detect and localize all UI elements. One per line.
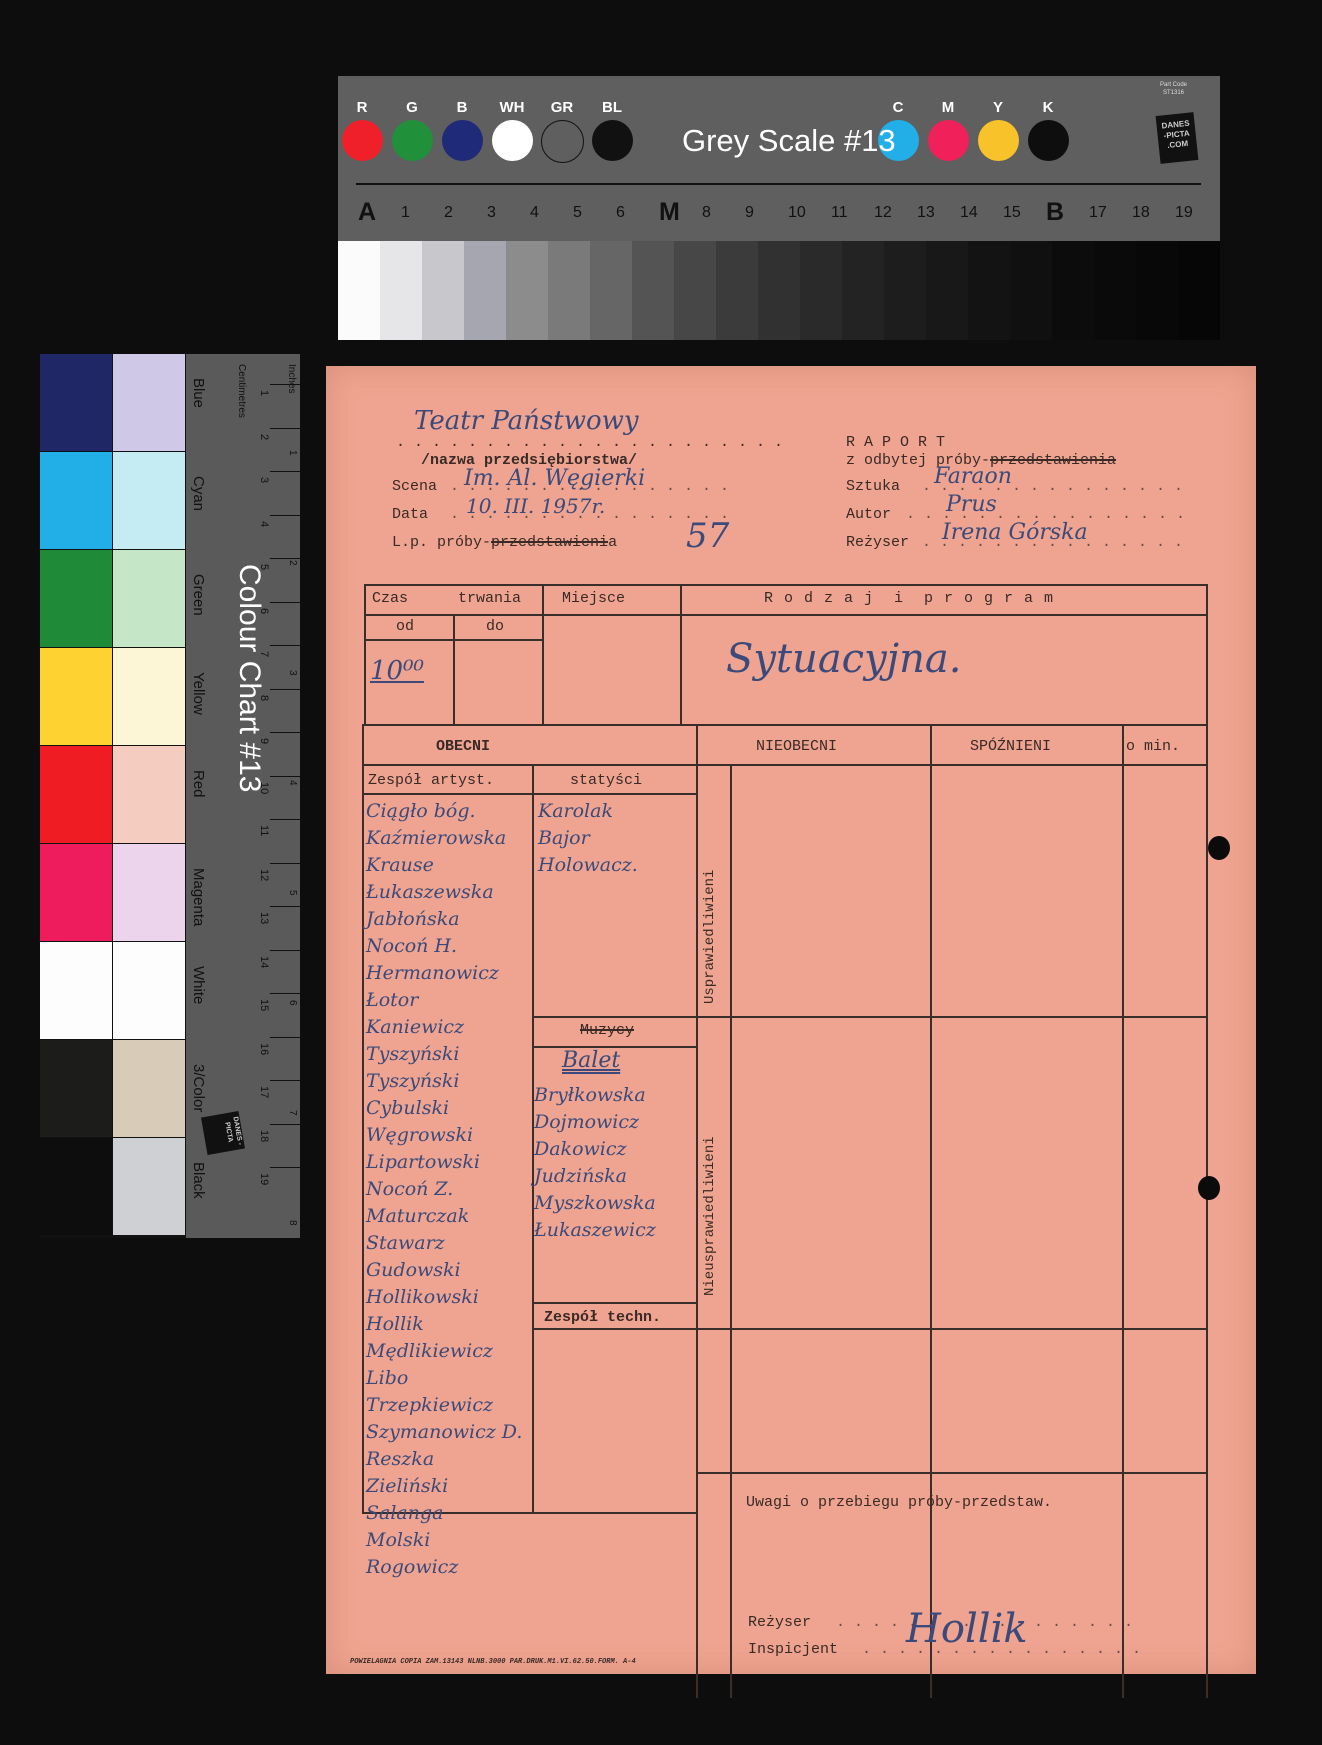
statysci-list: KarolakBajorHolowacz. [538,798,638,879]
list-item: Maturczak [366,1203,522,1230]
od-value: 10⁰⁰ [370,656,424,686]
list-item: Karolak [538,798,638,825]
autor-value: Prus [946,492,997,517]
list-item: Cybulski [366,1095,522,1122]
colour-label: Blue [190,378,207,408]
miejsce-header: Miejsce [562,590,625,607]
lp-label: L.p. próby-przedstawienia [392,534,617,551]
list-item: Trzepkiewicz [366,1392,522,1419]
colour-label: Red [190,770,207,798]
data-value: 10. III. 1957r. [466,494,605,518]
list-item: Judzińska [534,1163,656,1190]
colour-label: Black [190,1162,207,1199]
punch-hole [1208,836,1230,860]
list-item: Holowacz. [538,852,638,879]
list-item: Jabłońska [366,906,522,933]
colour-row-red [40,746,186,844]
list-item: Mędlikiewicz [366,1338,522,1365]
muzycy-header: Muzycy [580,1022,634,1039]
list-item: Tyszyński [366,1041,522,1068]
colour-row-green [40,550,186,648]
footer-print: POWIELAGNIA COPIA ZAM.13143 NLNB.3000 PA… [350,1658,636,1666]
grey-scale-card: RGBWHGRBLCMYK Grey Scale #13 Part Code S… [338,76,1220,241]
colour-label: Cyan [190,476,207,511]
zespol-artyst-header: Zespół artyst. [368,772,494,789]
list-item: Kaźmierowska [366,825,522,852]
program-value: Sytuacyjna. [726,636,961,682]
list-item: Nocoń H. [366,933,522,960]
list-item: Reszka [366,1446,522,1473]
colour-row-cyan [40,452,186,550]
obecni-header: OBECNI [436,738,490,755]
list-item: Krause [366,852,522,879]
list-item: Szymanowicz D. [366,1419,522,1446]
o-min-header: o min. [1126,738,1180,755]
colour-row-white [40,942,186,1040]
list-item: Myszkowska [534,1190,656,1217]
colour-row-yellow [40,648,186,746]
colour-row-black [40,1138,186,1236]
list-item: Węgrowski [366,1122,522,1149]
divider [356,183,1201,185]
list-item: Dakowicz [534,1136,656,1163]
sztuka-label: Sztuka [846,478,900,495]
swatch-r: R [340,98,384,161]
list-item: Zieliński [366,1473,522,1500]
colour-row-blue [40,354,186,452]
rehearsal-report-form: Teatr Państwowy . . . . . . . . . . . . … [326,366,1256,1674]
do-header: do [486,618,504,635]
rezyser-value: Irena Górska [942,520,1088,545]
grey-scale-title: Grey Scale #13 [682,123,896,159]
list-item: Kaniewicz [366,1014,522,1041]
grey-scale-labels: A123456M89101112131415B171819 [353,198,1213,228]
signature-rezyser-label: Reżyser [748,1614,811,1631]
scena-value: Im. Al. Węgierki [464,466,645,491]
list-item: Nocoń Z. [366,1176,522,1203]
program-header: R o d z a j i p r o g r a m [764,590,1054,607]
list-item: Rogowicz [366,1554,522,1581]
colour-chart-swatches [40,354,186,1238]
rezyser-label: Reżyser [846,534,909,551]
list-item: Lipartowski [366,1149,522,1176]
list-item: Bryłkowska [534,1082,656,1109]
data-label: Data [392,506,428,523]
colour-label: Green [190,574,207,616]
autor-label: Autor [846,506,891,523]
list-item: Łotor [366,987,522,1014]
colour-label: Magenta [190,868,207,926]
punch-hole [1198,1176,1220,1200]
list-item: Salanga [366,1500,522,1527]
colour-chart-title: Colour Chart #13 [234,564,264,964]
zespol-techn-header: Zespół techn. [544,1309,661,1326]
trwania-header: trwania [458,590,521,607]
swatch-bl: BL [590,98,634,161]
swatch-y: Y [976,98,1020,161]
balet-header: Balet [562,1048,620,1073]
colour-chart-ruler: Colour Chart #13 Centimetres Inches DANE… [186,354,300,1238]
nieusprawiedliwieni-label: Nieusprawiedliwieni [702,1056,718,1296]
list-item: Dojmowicz [534,1109,656,1136]
list-item: Hollik [366,1311,522,1338]
lp-value: 57 [686,516,729,556]
danes-picta-logo: DANES-PICTA.COM [1156,112,1199,164]
colour-label: White [190,966,207,1004]
swatch-m: M [926,98,970,161]
company-value: Teatr Państwowy [414,406,639,436]
grey-scale-strip [338,241,1220,340]
list-item: Libo [366,1365,522,1392]
cm-unit-label: Centimetres [236,364,247,418]
od-header: od [396,618,414,635]
list-item: Hermanowicz [366,960,522,987]
list-item: Hollikowski [366,1284,522,1311]
inch-unit-label: Inches [286,364,297,393]
signature-inspicjent-label: Inspicjent [748,1641,838,1658]
scena-label: Scena [392,478,437,495]
artists-list: Ciągło bóg.KaźmierowskaKrauseŁukaszewska… [366,798,522,1581]
signature: Hollik [906,1606,1028,1652]
swatch-k: K [1026,98,1070,161]
list-item: Łukaszewska [366,879,522,906]
sztuka-value: Faraon [934,464,1012,489]
list-item: Łukaszewicz [534,1217,656,1244]
swatch-wh: WH [490,98,534,161]
colour-row-3-color [40,1040,186,1138]
usprawiedliwieni-label: Usprawiedliwieni [702,804,718,1004]
colour-label: 3/Color [190,1064,207,1112]
nieobecni-header: NIEOBECNI [756,738,837,755]
remarks-label: Uwagi o przebiegu próby-przedstaw. [746,1494,1052,1511]
list-item: Bajor [538,825,638,852]
spoznieni-header: SPÓŹNIENI [970,738,1051,755]
swatch-b: B [440,98,484,161]
list-item: Molski [366,1527,522,1554]
list-item: Ciągło bóg. [366,798,522,825]
list-item: Stawarz [366,1230,522,1257]
swatch-g: G [390,98,434,161]
report-title: R A P O R T [846,434,945,451]
list-item: Gudowski [366,1257,522,1284]
danes-picta-logo: DANES -PICTA [201,1111,245,1155]
balet-list: BryłkowskaDojmowiczDakowiczJudzińskaMysz… [534,1082,656,1244]
colour-label: Yellow [190,672,207,715]
swatch-gr: GR [540,98,584,163]
part-code: Part Code ST1316 [1160,81,1187,97]
list-item: Tyszyński [366,1068,522,1095]
colour-row-magenta [40,844,186,942]
statysci-header: statyści [570,772,642,789]
czas-header: Czas [372,590,408,607]
